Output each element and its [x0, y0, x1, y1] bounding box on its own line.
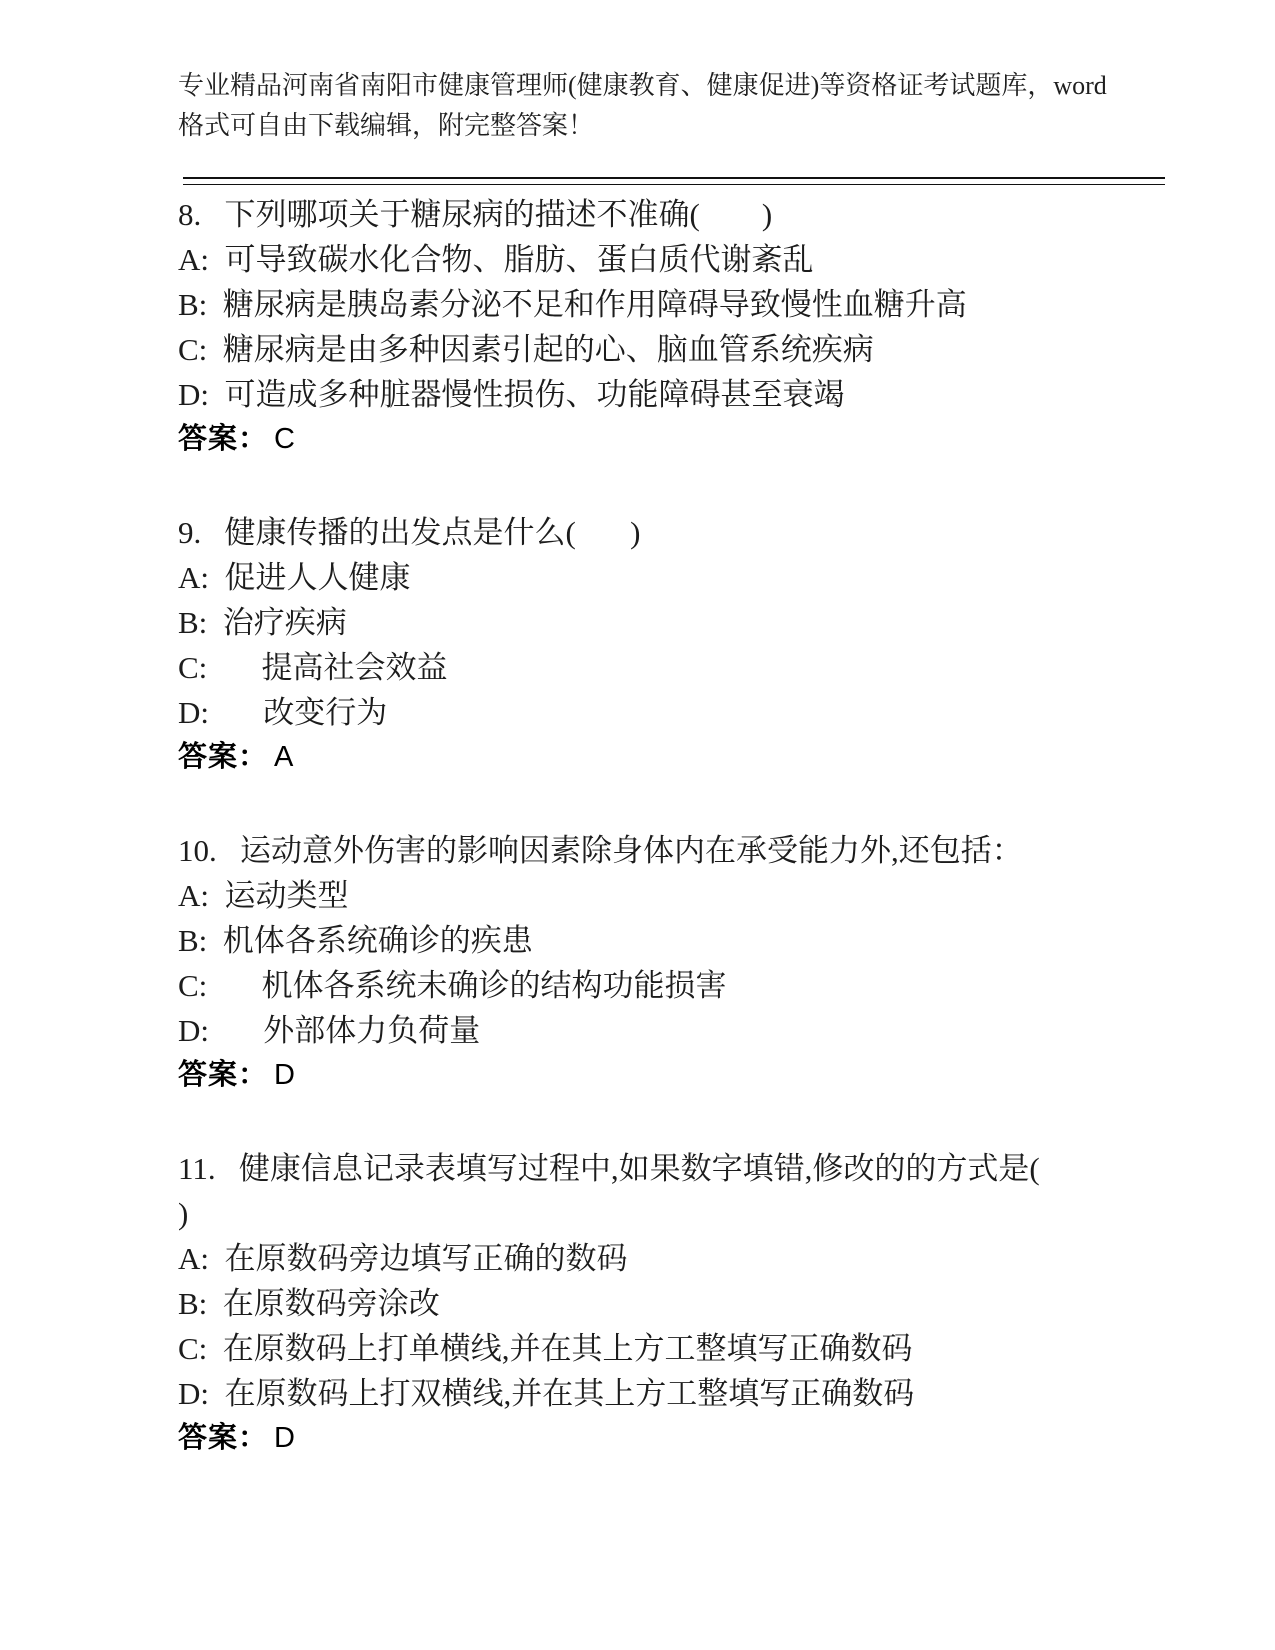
header-text-line-1: 专业精品河南省南阳市健康管理师(健康教育、健康促进)等资格证考试题库，word — [178, 66, 1168, 106]
option-line: C: 在原数码上打单横线,并在其上方工整填写正确数码 — [178, 1326, 1183, 1371]
option-line: B: 在原数码旁涂改 — [178, 1281, 1183, 1326]
question-text: 9. 健康传播的出发点是什么( ) — [178, 510, 1183, 555]
option-line: C: 提高社会效益 — [178, 645, 1183, 690]
answer-value: A — [274, 741, 293, 773]
document-page: 专业精品河南省南阳市健康管理师(健康教育、健康促进)等资格证考试题库，word … — [0, 0, 1275, 1650]
page-header: 专业精品河南省南阳市健康管理师(健康教育、健康促进)等资格证考试题库，word … — [178, 66, 1168, 146]
option-line: A: 运动类型 — [178, 873, 1183, 918]
header-text-line-2: 格式可自由下载编辑，附完整答案！ — [178, 106, 1168, 146]
option-line: C: 糖尿病是由多种因素引起的心、脑血管系统疾病 — [178, 327, 1183, 372]
answer-value: C — [274, 423, 295, 455]
answer-label: 答案： — [178, 423, 268, 455]
question-block: 11. 健康信息记录表填写过程中,如果数字填错,修改的的方式是( ) A: 在原… — [178, 1146, 1183, 1461]
answer-line: 答案：D — [178, 1053, 1183, 1098]
question-text: 8. 下列哪项关于糖尿病的描述不准确( ) — [178, 192, 1183, 237]
option-line: B: 糖尿病是胰岛素分泌不足和作用障碍导致慢性血糖升高 — [178, 282, 1183, 327]
answer-label: 答案： — [178, 1059, 268, 1091]
option-line: D: 外部体力负荷量 — [178, 1008, 1183, 1053]
answer-line: 答案：D — [178, 1416, 1183, 1461]
answer-label: 答案： — [178, 741, 268, 773]
option-line: A: 促进人人健康 — [178, 555, 1183, 600]
option-line: A: 可导致碳水化合物、脂肪、蛋白质代谢紊乱 — [178, 237, 1183, 282]
question-list: 8. 下列哪项关于糖尿病的描述不准确( ) A: 可导致碳水化合物、脂肪、蛋白质… — [178, 192, 1183, 1509]
option-line: B: 机体各系统确诊的疾患 — [178, 918, 1183, 963]
answer-value: D — [274, 1059, 295, 1091]
option-line: B: 治疗疾病 — [178, 600, 1183, 645]
question-text-continued: ) — [178, 1191, 1183, 1236]
option-line: A: 在原数码旁边填写正确的数码 — [178, 1236, 1183, 1281]
question-block: 10. 运动意外伤害的影响因素除身体内在承受能力外,还包括： A: 运动类型 B… — [178, 828, 1183, 1098]
option-line: C: 机体各系统未确诊的结构功能损害 — [178, 963, 1183, 1008]
option-line: D: 在原数码上打双横线,并在其上方工整填写正确数码 — [178, 1371, 1183, 1416]
question-block: 8. 下列哪项关于糖尿病的描述不准确( ) A: 可导致碳水化合物、脂肪、蛋白质… — [178, 192, 1183, 462]
answer-line: 答案：A — [178, 735, 1183, 780]
answer-value: D — [274, 1422, 295, 1454]
header-divider-rule — [183, 177, 1165, 185]
answer-line: 答案：C — [178, 417, 1183, 462]
answer-label: 答案： — [178, 1422, 268, 1454]
question-text: 11. 健康信息记录表填写过程中,如果数字填错,修改的的方式是( — [178, 1146, 1183, 1191]
option-line: D: 改变行为 — [178, 690, 1183, 735]
question-block: 9. 健康传播的出发点是什么( ) A: 促进人人健康 B: 治疗疾病 C: 提… — [178, 510, 1183, 780]
option-line: D: 可造成多种脏器慢性损伤、功能障碍甚至衰竭 — [178, 372, 1183, 417]
question-text: 10. 运动意外伤害的影响因素除身体内在承受能力外,还包括： — [178, 828, 1183, 873]
